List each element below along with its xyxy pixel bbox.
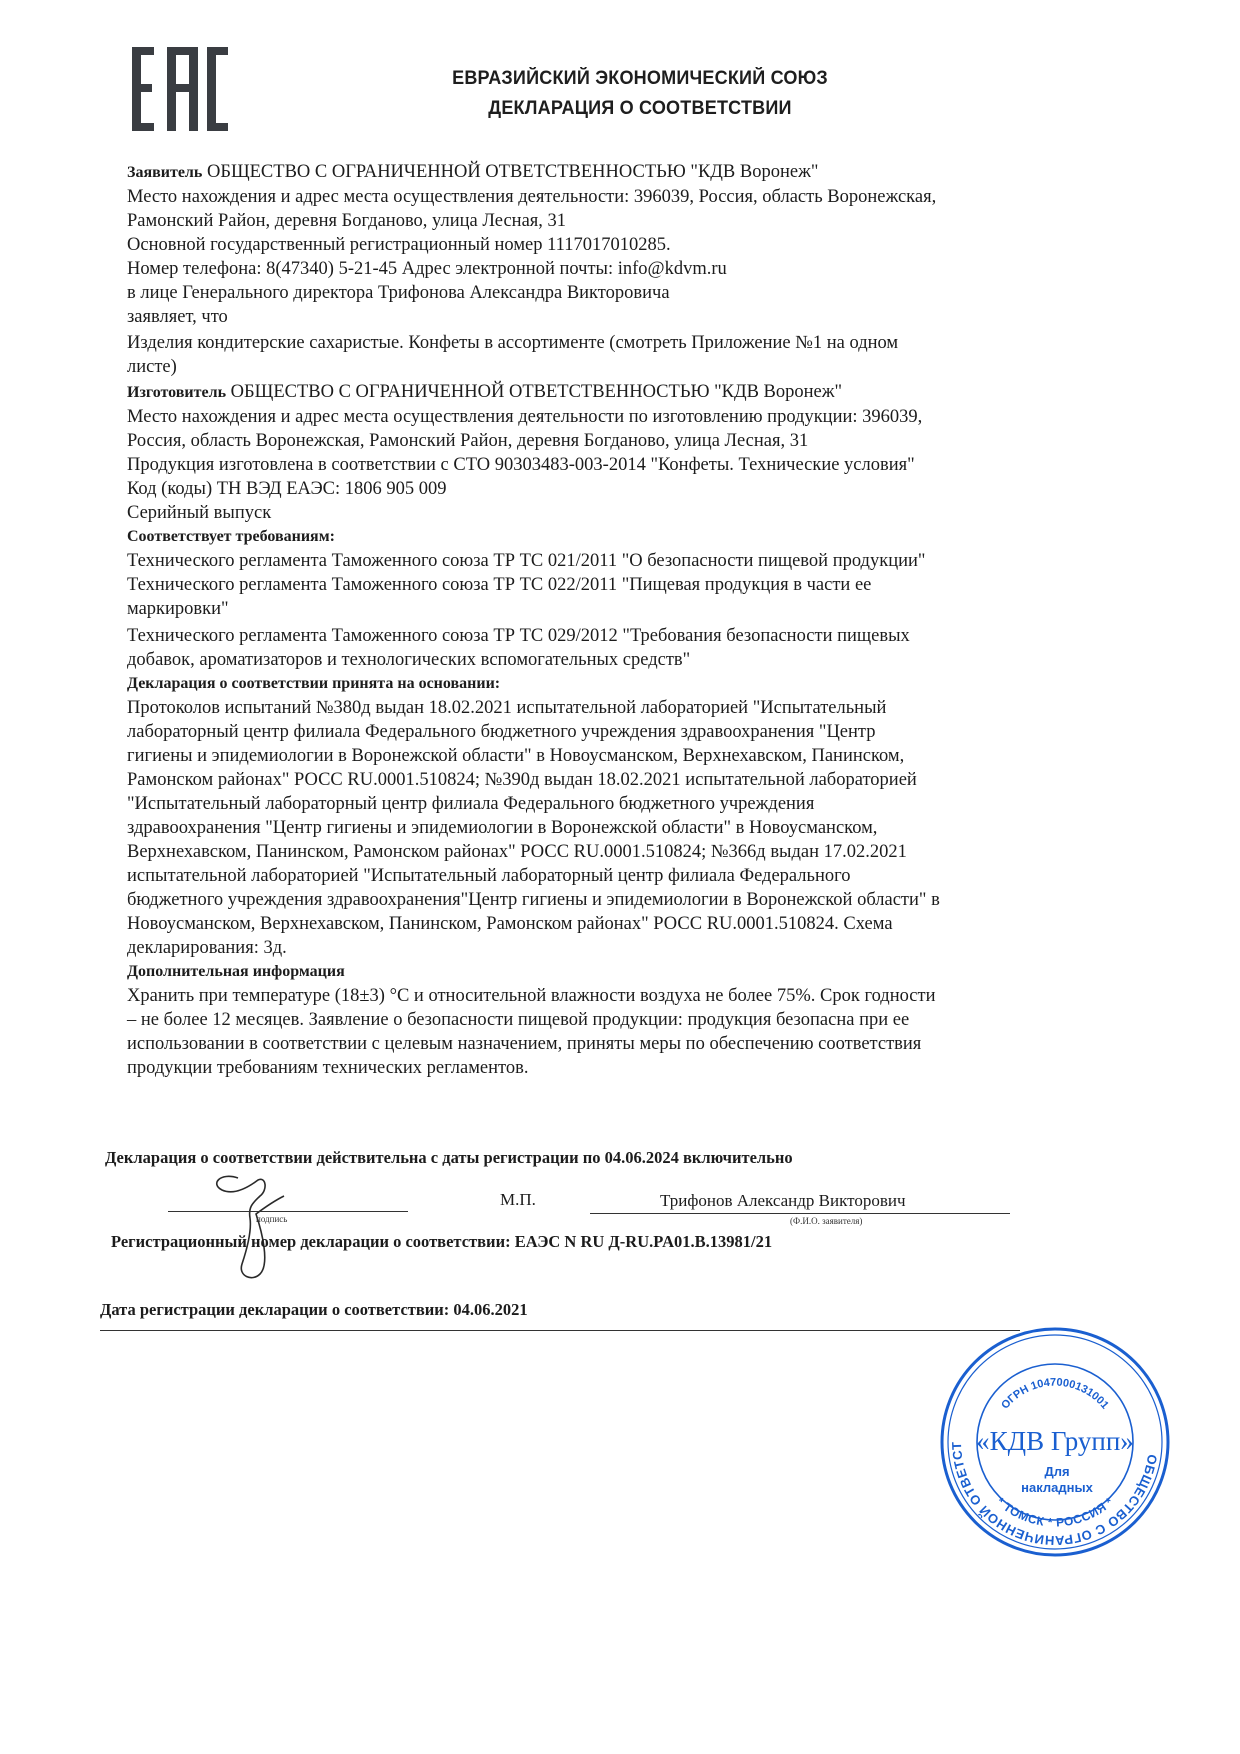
basis-label: Декларация о соответствии принята на осн… [127, 672, 1047, 696]
validity-statement: Декларация о соответствии действительна … [105, 1148, 793, 1168]
manufacturer-standard: Продукция изготовлена в соответствии с С… [127, 453, 1047, 477]
requirement-item: маркировки" [127, 597, 1047, 621]
document-header: ЕВРАЗИЙСКИЙ ЭКОНОМИЧЕСКИЙ СОЮЗ ДЕКЛАРАЦИ… [380, 64, 900, 124]
manufacturer-line: Изготовитель ОБЩЕСТВО С ОГРАНИЧЕННОЙ ОТВ… [127, 380, 1047, 405]
stamp-center-name: «КДВ Групп» [976, 1426, 1134, 1456]
registration-date: Дата регистрации декларации о соответств… [100, 1300, 528, 1320]
signer-name-line [590, 1213, 1010, 1214]
stamp-center-sub1: Для [1044, 1464, 1069, 1479]
signature-caption: подпись [256, 1214, 287, 1224]
requirement-item: Технического регламента Таможенного союз… [127, 624, 1047, 648]
additional-info-label: Дополнительная информация [127, 960, 1047, 984]
requirement-item: Технического регламента Таможенного союз… [127, 549, 1047, 573]
requirement-item: Технического регламента Таможенного союз… [127, 573, 1047, 597]
additional-line: Хранить при температуре (18±3) °С и отно… [127, 984, 1047, 1008]
manufacturer-name: ОБЩЕСТВО С ОГРАНИЧЕННОЙ ОТВЕТСТВЕННОСТЬЮ… [231, 382, 842, 402]
declaration-title: ДЕКЛАРАЦИЯ О СООТВЕТСТВИИ [393, 94, 887, 124]
applicant-address-2: Рамонский Район, деревня Богданово, улиц… [127, 209, 1047, 233]
applicant-ogrn: Основной государственный регистрационный… [127, 233, 1047, 257]
applicant-declares: заявляет, что [127, 305, 1047, 329]
declaration-body: Заявитель ОБЩЕСТВО С ОГРАНИЧЕННОЙ ОТВЕТС… [127, 160, 1047, 1080]
basis-line: Протоколов испытаний №380д выдан 18.02.2… [127, 696, 1047, 720]
manufacturer-label: Изготовитель [127, 384, 226, 401]
registration-date-underline [100, 1330, 1020, 1331]
manufacturer-address-1: Место нахождения и адрес места осуществл… [127, 405, 1047, 429]
signer-caption: (Ф.И.О. заявителя) [790, 1216, 862, 1226]
requirements-label: Соответствует требованиям: [127, 525, 1047, 549]
basis-line: испытательной лабораторией "Испытательны… [127, 864, 1047, 888]
basis-line: здравоохранения "Центр гигиены и эпидеми… [127, 816, 1047, 840]
basis-line: Рамонском районах" РОСС RU.0001.510824; … [127, 768, 1047, 792]
basis-line: Новоусманском, Верхнехавском, Панинском,… [127, 912, 1047, 936]
basis-line: Верхнехавском, Панинском, Рамонском райо… [127, 840, 1047, 864]
seal-placeholder-label: М.П. [500, 1190, 536, 1210]
registration-number: Регистрационный номер декларации о соотв… [111, 1232, 772, 1252]
manufacturer-hs-code: Код (коды) ТН ВЭД ЕАЭС: 1806 905 009 [127, 477, 1047, 501]
product-description-1: Изделия кондитерские сахаристые. Конфеты… [127, 331, 1047, 355]
stamp-ogrn: ОГРН 1047000131001 [999, 1377, 1111, 1412]
applicant-contacts: Номер телефона: 8(47340) 5-21-45 Адрес э… [127, 257, 1047, 281]
basis-line: гигиены и эпидемиологии в Воронежской об… [127, 744, 1047, 768]
product-description-2: листе) [127, 355, 1047, 379]
applicant-address-1: Место нахождения и адрес места осуществл… [127, 185, 1047, 209]
signer-name: Трифонов Александр Викторович [660, 1191, 906, 1211]
union-title: ЕВРАЗИЙСКИЙ ЭКОНОМИЧЕСКИЙ СОЮЗ [393, 64, 887, 94]
signature-line [168, 1211, 408, 1212]
requirement-item: добавок, ароматизаторов и технологически… [127, 648, 1047, 672]
applicant-line: Заявитель ОБЩЕСТВО С ОГРАНИЧЕННОЙ ОТВЕТС… [127, 160, 1047, 185]
additional-line: продукции требованиям технических реглам… [127, 1056, 1047, 1080]
additional-line: использовании в соответствии с целевым н… [127, 1032, 1047, 1056]
additional-line: – не более 12 месяцев. Заявление о безоп… [127, 1008, 1047, 1032]
applicant-name: ОБЩЕСТВО С ОГРАНИЧЕННОЙ ОТВЕТСТВЕННОСТЬЮ… [207, 162, 818, 182]
eac-logo [132, 47, 228, 131]
manufacturer-address-2: Россия, область Воронежская, Рамонский Р… [127, 429, 1047, 453]
svg-text:ОГРН 1047000131001: ОГРН 1047000131001 [999, 1377, 1111, 1412]
basis-line: бюджетного учреждения здравоохранения"Це… [127, 888, 1047, 912]
stamp-center-sub2: накладных [1021, 1480, 1093, 1495]
applicant-label: Заявитель [127, 164, 202, 181]
company-stamp-icon: ОБЩЕСТВО С ОГРАНИЧЕННОЙ ОТВЕТСТВЕННОСТЬЮ… [935, 1322, 1175, 1562]
production-type: Серийный выпуск [127, 501, 1047, 525]
applicant-represented-by: в лице Генерального директора Трифонова … [127, 281, 1047, 305]
basis-line: "Испытательный лабораторный центр филиал… [127, 792, 1047, 816]
basis-line: декларирования: 3д. [127, 936, 1047, 960]
basis-line: лабораторный центр филиала Федерального … [127, 720, 1047, 744]
